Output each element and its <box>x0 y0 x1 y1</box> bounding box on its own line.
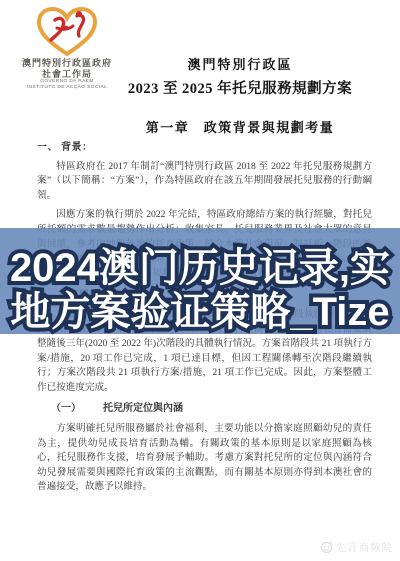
subsection-title: 托兒所定位與內涵 <box>103 403 183 414</box>
paragraph-background-1: 特區政府在 2017 年制訂“澳門特別行政區 2018 至 2022 年托兒服務… <box>37 160 372 204</box>
watermark-text: 先音商频院 <box>336 540 394 555</box>
paragraph-positioning: 方案明確托兒所服務屬於社會福利，主要功能以分擔家庭照顧幼兒的責任為主，提供幼兒成… <box>37 422 372 495</box>
subsection-heading-positioning: （一）托兒所定位與內涵 <box>37 402 372 417</box>
document-title-plan: 2023 至 2025 年托兒服務規劃方案 <box>105 77 375 98</box>
chapter-heading: 第一章 政策背景與規劃考量 <box>105 117 375 136</box>
watermark-logo-icon <box>320 541 333 554</box>
document-page: 澳門特別行政區政府 社會工作局 GOVERNO DA RAEM INSTITUT… <box>0 0 400 561</box>
watermark: 先音商频院 <box>320 540 394 555</box>
section-heading-background: 一、 背景： <box>37 141 372 156</box>
document-title-region: 澳門特別行政區 <box>105 54 375 73</box>
overlay-spam-text-line1: 2024澳门历史记录,实 <box>0 246 400 290</box>
heart-figures-logo-icon <box>35 6 99 58</box>
document-title-block: 澳門特別行政區 2023 至 2025 年托兒服務規劃方案 第一章 政策背景與規… <box>105 54 375 136</box>
subsection-number: （一） <box>51 403 81 414</box>
overlay-spam-text-line2: 地方案验证策略_Tize <box>0 290 400 334</box>
